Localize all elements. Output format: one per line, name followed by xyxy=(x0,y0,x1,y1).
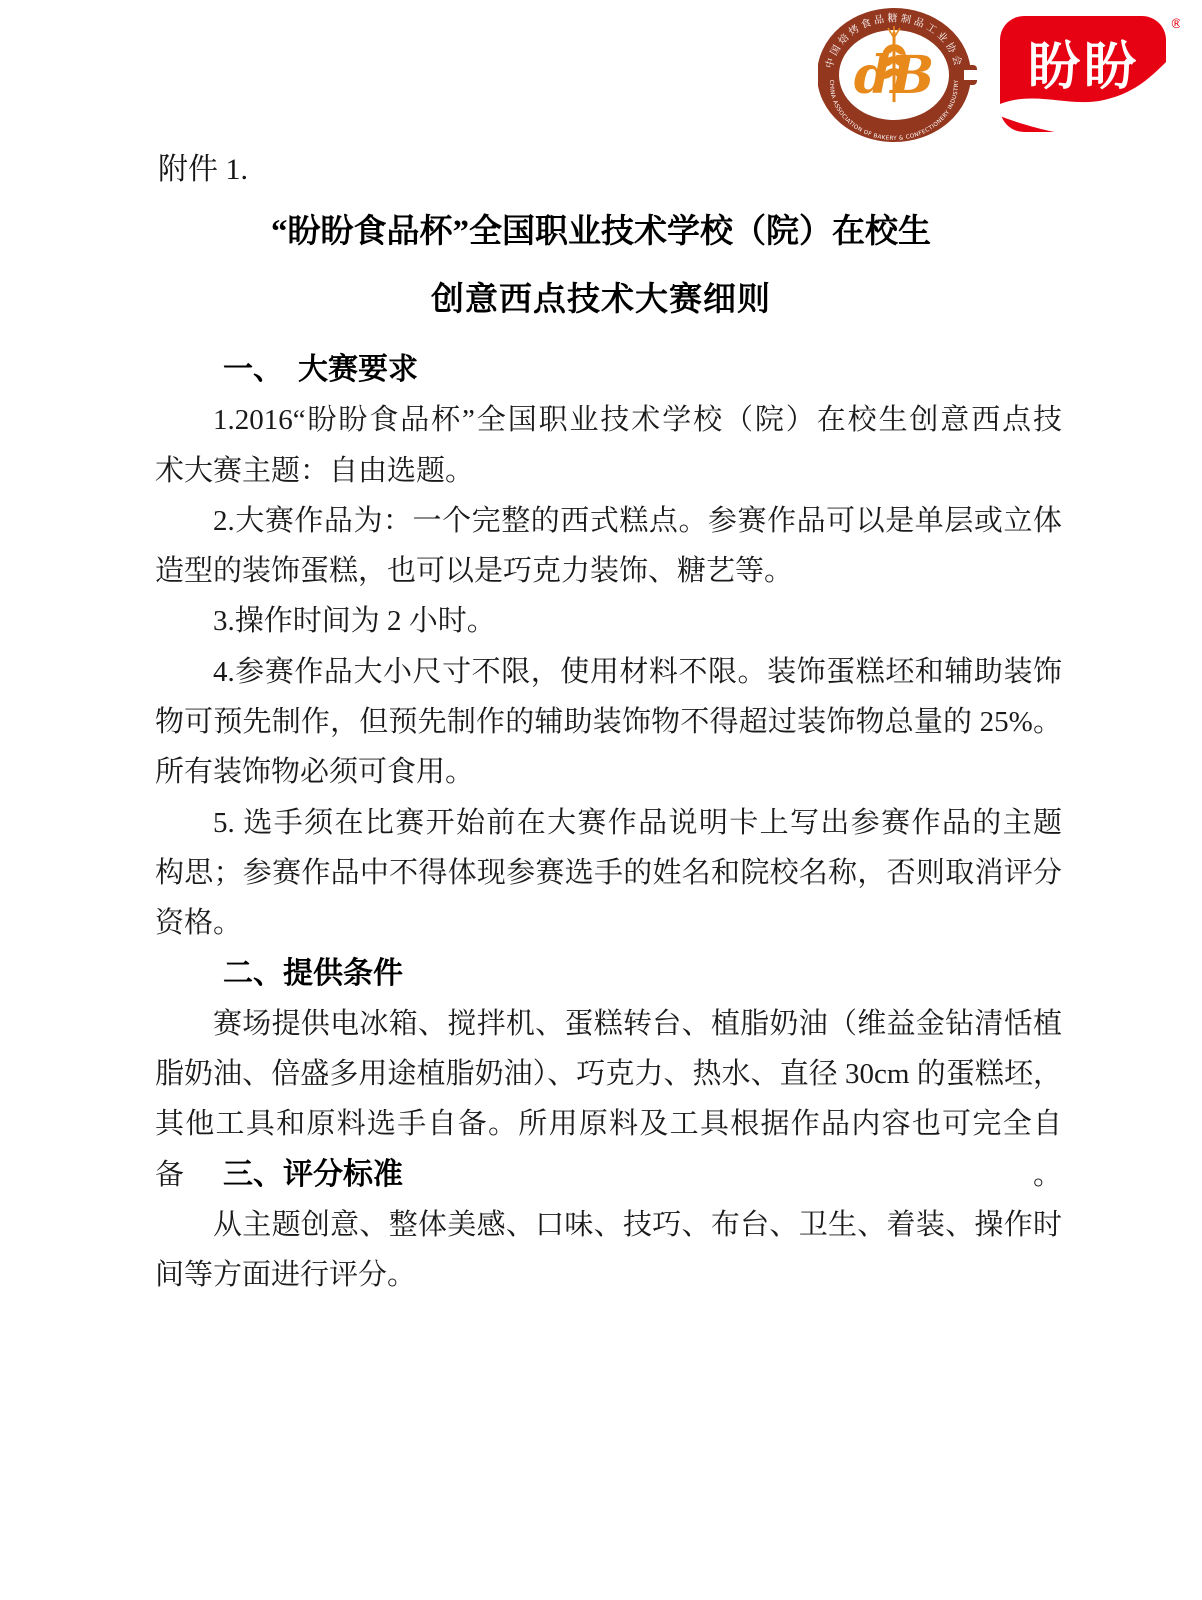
body-line: 从主题创意、整体美感、口味、技巧、布台、卫生、着装、操作时 xyxy=(155,1200,1062,1250)
attachment-label: 附件 1. xyxy=(158,150,248,190)
document-page: 中国焙烤食品糖制品工业协会 CHINA ASSOCIATION OF BAKER… xyxy=(0,0,1202,1600)
body-line: 赛场提供电冰箱、搅拌机、蛋糕转台、植脂奶油（维益金钻清恬植 xyxy=(155,999,1062,1049)
body-line: 资格。 xyxy=(155,898,1062,948)
body-line: 脂奶油、倍盛多用途植脂奶油）、巧克力、热水、直径 30cm 的蛋糕坯， xyxy=(155,1049,1062,1099)
body-line: 造型的装饰蛋糕，也可以是巧克力装饰、糖艺等。 xyxy=(155,546,1062,596)
bakery-association-logo: 中国焙烤食品糖制品工业协会 CHINA ASSOCIATION OF BAKER… xyxy=(818,8,978,144)
document-title-line1: “盼盼食品杯”全国职业技术学校（院）在校生 xyxy=(0,210,1202,254)
panpan-wordmark: 盼盼 xyxy=(1028,37,1140,97)
body-line: 物可预先制作，但预先制作的辅助装饰物不得超过装饰物总量的 25%。 xyxy=(155,697,1062,747)
body-line: 间等方面进行评分。 xyxy=(155,1250,1062,1300)
document-title-line2: 创意西点技术大赛细则 xyxy=(0,278,1202,322)
body-line: 3.操作时间为 2 小时。 xyxy=(155,596,1062,646)
document-body: 一、 大赛要求 1.2016“盼盼食品杯”全国职业技术学校（院）在校生创意西点技… xyxy=(155,345,1062,1301)
badge-handle-slot xyxy=(964,70,978,80)
panpan-logo: 盼盼 ® xyxy=(1000,10,1180,138)
section-2-heading: 二、提供条件 xyxy=(155,949,1062,999)
body-line: 术大赛主题：自由选题。 xyxy=(155,446,1062,496)
body-line: 2.大赛作品为：一个完整的西式糕点。参赛作品可以是单层或立体 xyxy=(155,496,1062,546)
registered-trademark-icon: ® xyxy=(1170,17,1180,32)
body-line: 所有装饰物必须可食用。 xyxy=(155,747,1062,797)
body-line: 1.2016“盼盼食品杯”全国职业技术学校（院）在校生创意西点技 xyxy=(155,395,1062,445)
body-line: 其他工具和原料选手自备。所用原料及工具根据作品内容也可完全自备。 xyxy=(155,1099,1062,1149)
body-line: 4.参赛作品大小尺寸不限，使用材料不限。装饰蛋糕坯和辅助装饰 xyxy=(155,647,1062,697)
section-1-heading: 一、 大赛要求 xyxy=(155,345,1062,395)
body-line: 构思；参赛作品中不得体现参赛选手的姓名和院校名称，否则取消评分 xyxy=(155,848,1062,898)
body-line: 5. 选手须在比赛开始前在大赛作品说明卡上写出参赛作品的主题 xyxy=(155,798,1062,848)
